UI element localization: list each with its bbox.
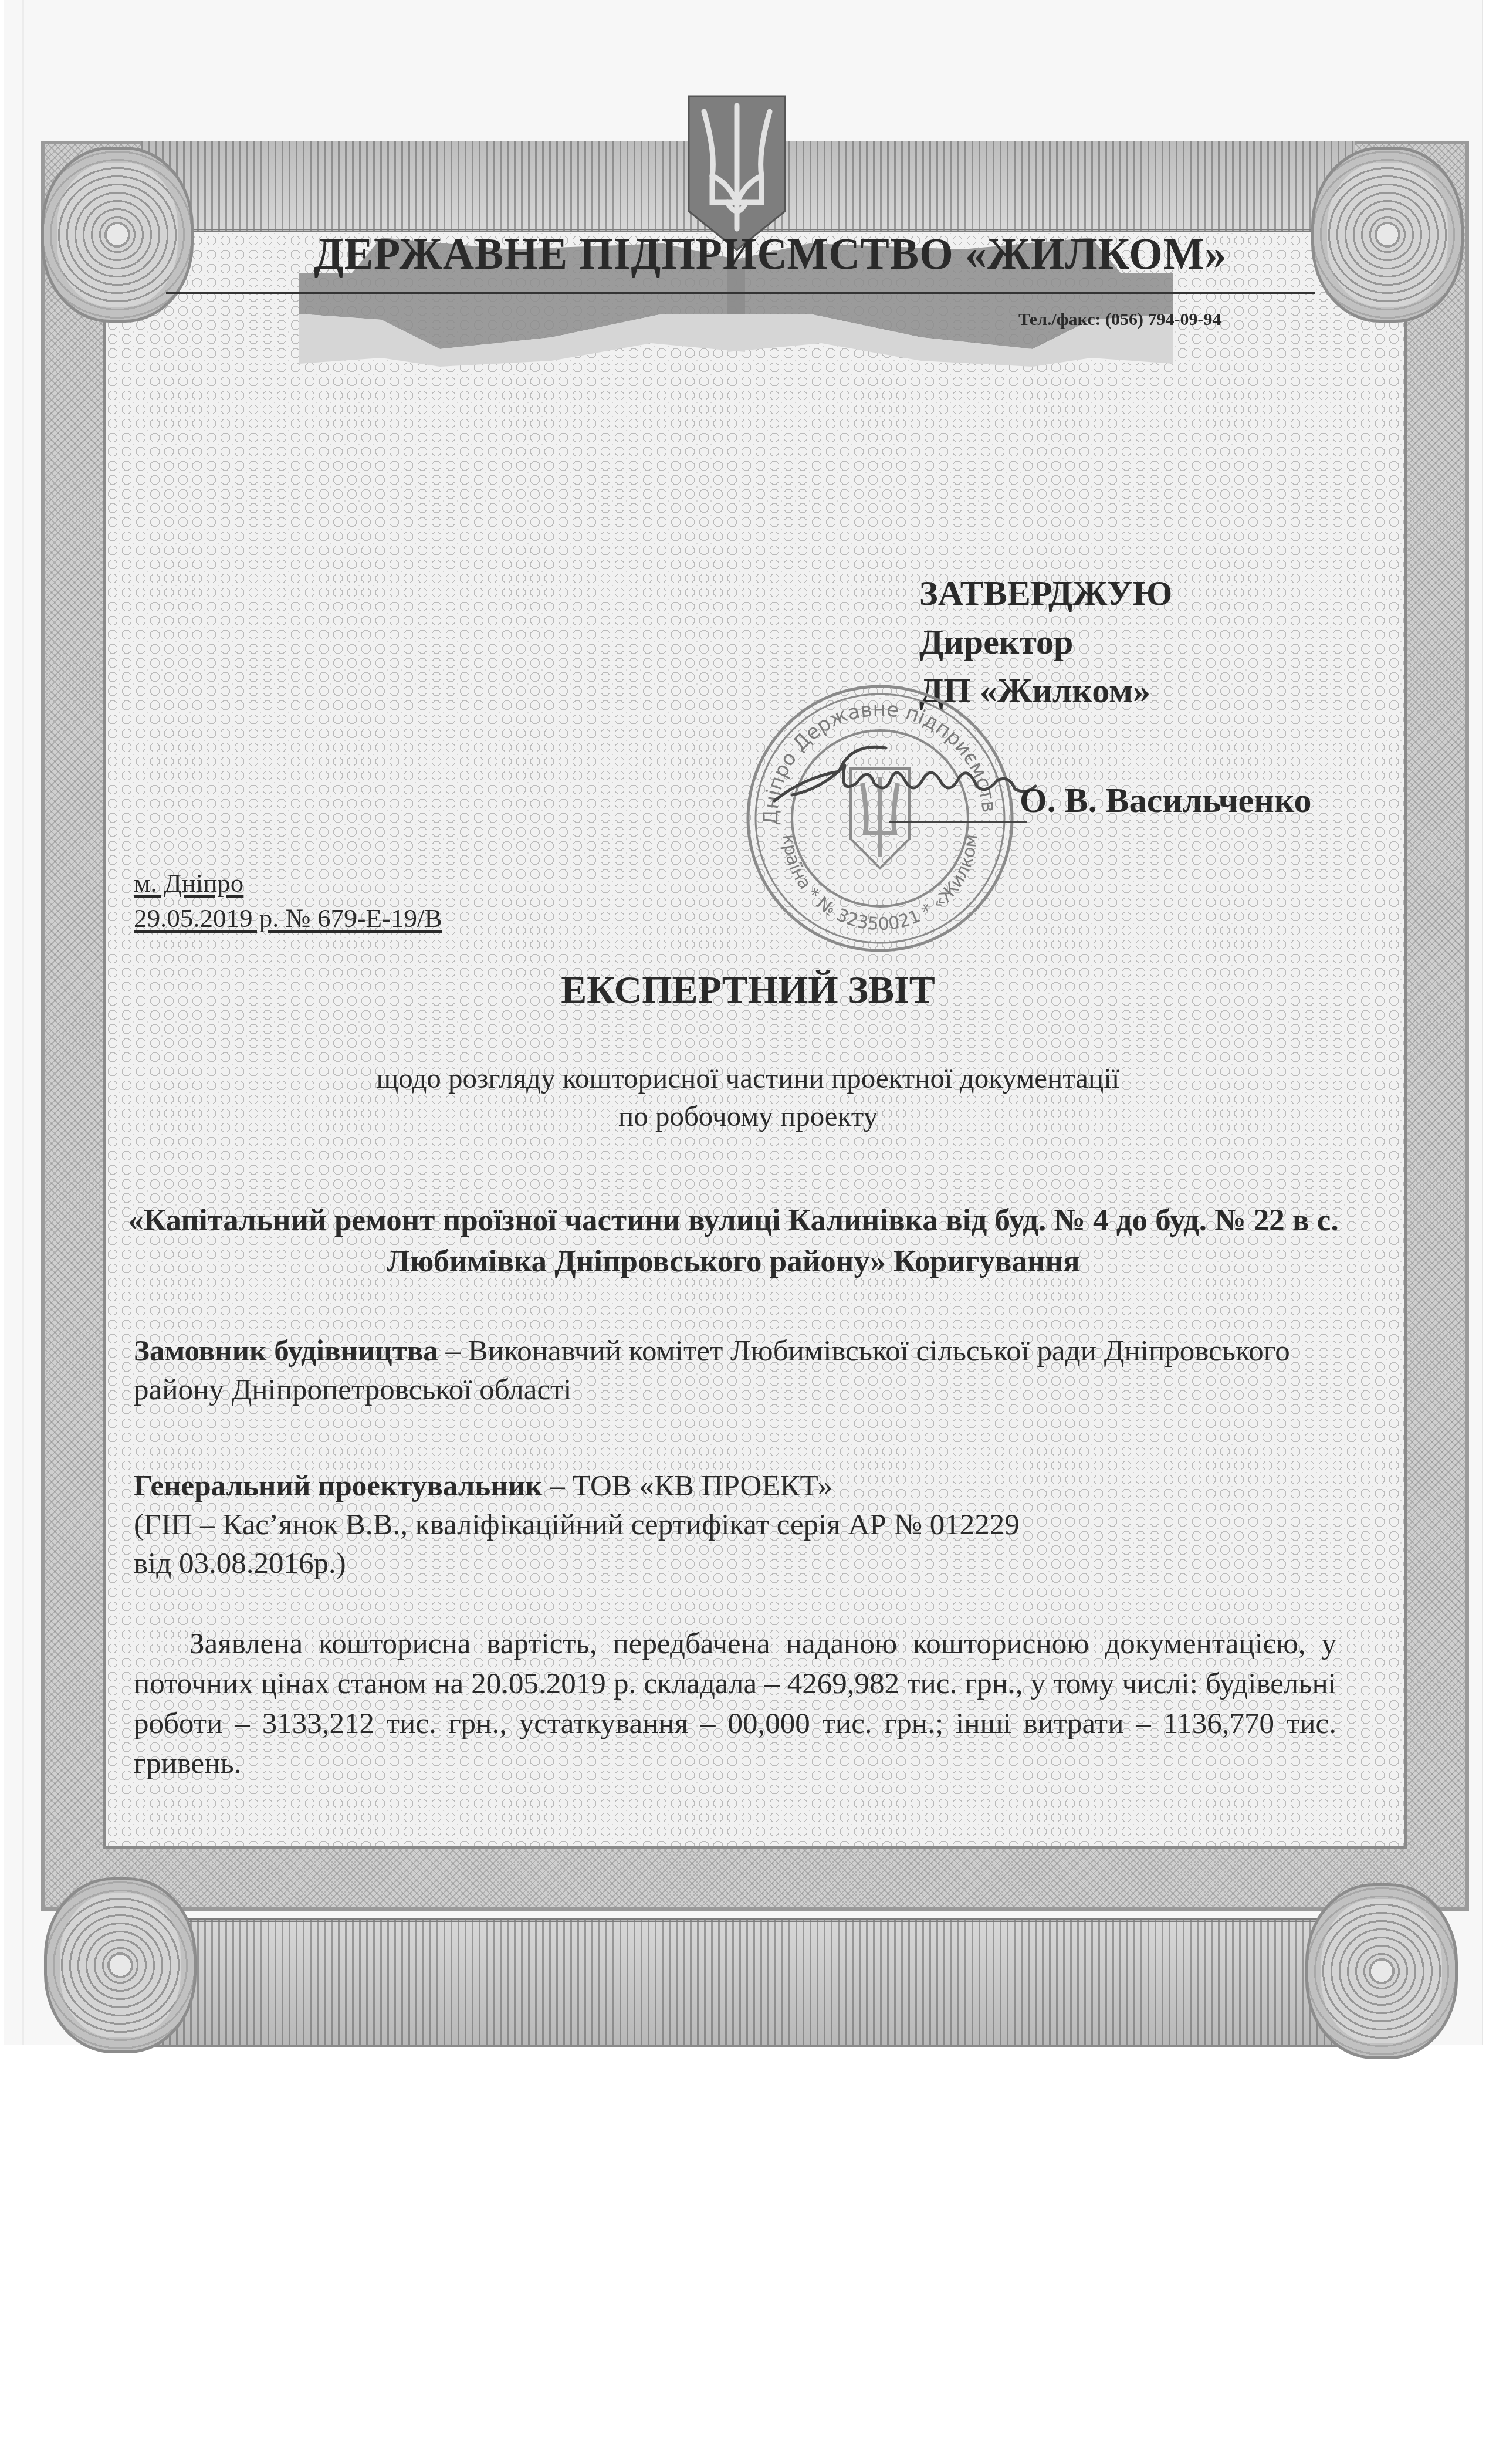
approval-label: ЗАТВЕРДЖУЮ xyxy=(919,569,1172,618)
scan-edge xyxy=(22,0,24,2045)
cost-paragraph: Заявлена кошторисна вартість, передбачен… xyxy=(134,1624,1336,1783)
document-city: м. Дніпро xyxy=(134,865,442,901)
project-name: «Капітальний ремонт проїзної частини вул… xyxy=(117,1200,1349,1282)
phone-fax: Тел./факс: (056) 794-09-94 xyxy=(1018,310,1221,330)
designer-label: Генеральний проектувальник xyxy=(134,1470,542,1502)
guilloche-background xyxy=(103,203,1407,1849)
customer-label: Замовник будівництва xyxy=(134,1335,438,1368)
report-subtitle-line-1: щодо розгляду кошторисної частини проект… xyxy=(0,1059,1496,1097)
report-title: ЕКСПЕРТНИЙ ЗВІТ xyxy=(0,968,1496,1013)
signature-icon xyxy=(769,730,1038,818)
report-subtitle-line-2: по робочому проекту xyxy=(0,1097,1496,1135)
document-date-number: 29.05.2019 р. № 679-Е-19/В xyxy=(134,901,442,936)
customer-paragraph: Замовник будівництва – Виконавчий коміте… xyxy=(134,1332,1336,1409)
corner-rosette-icon xyxy=(1305,1883,1458,2059)
header-rule xyxy=(166,292,1315,294)
signature-line xyxy=(889,821,1027,823)
bottom-ornament-band xyxy=(141,1918,1355,2047)
corner-rosette-icon xyxy=(44,1877,197,2053)
designer-value: – ТОВ «КВ ПРОЕКТ» xyxy=(542,1470,832,1502)
corner-rosette-icon xyxy=(41,147,194,323)
organization-title: ДЕРЖАВНЕ ПІДПРИЄМСТВО «ЖИЛКОМ» xyxy=(314,228,1227,280)
designer-details-line-1: (ГІП – Кас’янок В.В., кваліфікаційний се… xyxy=(134,1505,1336,1544)
corner-rosette-icon xyxy=(1311,147,1464,323)
designer-paragraph: Генеральний проектувальник – ТОВ «КВ ПРО… xyxy=(134,1467,1336,1583)
official-stamp-icon: Дніпро Державне підприємство Україна * №… xyxy=(742,681,1018,956)
document-place-date: м. Дніпро 29.05.2019 р. № 679-Е-19/В xyxy=(134,865,442,936)
signer-name: О. В. Васильченко xyxy=(1020,780,1312,821)
report-subtitle: щодо розгляду кошторисної частини проект… xyxy=(0,1059,1496,1135)
approval-position: Директор xyxy=(919,618,1172,666)
designer-details-line-2: від 03.08.2016р.) xyxy=(134,1544,1336,1583)
